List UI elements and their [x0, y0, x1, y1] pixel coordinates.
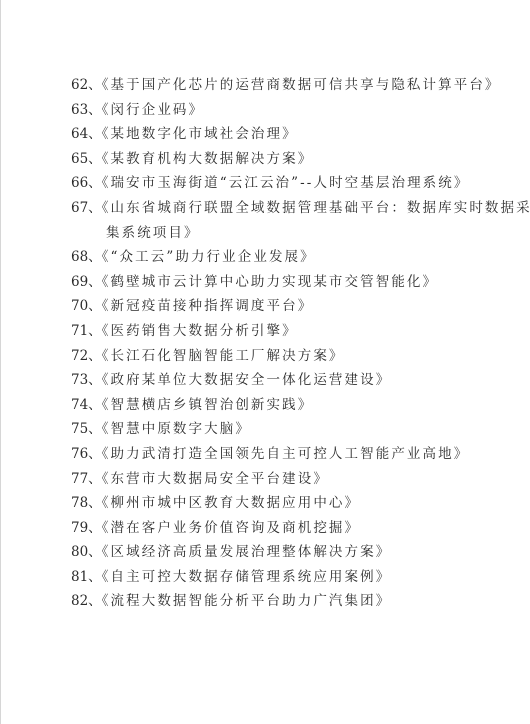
item-title: 《鹤壁城市云计算中心助力实现某市交管智能化》: [102, 274, 438, 290]
item-number: 66、: [71, 175, 102, 191]
item-title: 《“众工云”助力行业企业发展》: [102, 249, 316, 265]
item-number: 64、: [71, 126, 102, 142]
item-title: 《潜在客户业务价值咨询及商机挖掘》: [102, 520, 360, 536]
item-number: 62、: [71, 77, 102, 93]
list-item: 77、《东营市大数据局安全平台建设》: [71, 467, 471, 492]
item-number: 75、: [71, 421, 102, 437]
item-number: 73、: [71, 372, 102, 388]
item-number: 72、: [71, 348, 102, 364]
item-title: 《某地数字化市域社会治理》: [102, 126, 298, 142]
item-number: 74、: [71, 397, 102, 413]
list-item: 67、《山东省城商行联盟全域数据管理基础平台：数据库实时数据采集系统项目》: [71, 196, 471, 245]
list-item: 70、《新冠疫苗接种指挥调度平台》: [71, 294, 471, 319]
list-item: 65、《某教育机构大数据解决方案》: [71, 147, 471, 172]
list-item: 76、《助力武清打造全国领先自主可控人工智能产业高地》: [71, 442, 471, 467]
list-item: 74、《智慧横店乡镇智治创新实践》: [71, 393, 471, 418]
item-title: 《闵行企业码》: [102, 102, 204, 118]
list-item: 64、《某地数字化市域社会治理》: [71, 122, 471, 147]
item-title-continuation: 集系统项目》: [71, 221, 471, 246]
list-item: 82、《流程大数据智能分析平台助力广汽集团》: [71, 589, 471, 614]
item-number: 79、: [71, 520, 102, 536]
list-item: 79、《潜在客户业务价值咨询及商机挖掘》: [71, 516, 471, 541]
item-title: 《瑞安市玉海街道“云江云治”--人时空基层治理系统》: [102, 175, 470, 191]
list-item: 68、《“众工云”助力行业企业发展》: [71, 245, 471, 270]
list-item: 78、《柳州市城中区教育大数据应用中心》: [71, 491, 471, 516]
item-number: 78、: [71, 495, 102, 511]
item-title: 《政府某单位大数据安全一体化运营建设》: [102, 372, 392, 388]
item-title: 《柳州市城中区教育大数据应用中心》: [102, 495, 360, 511]
item-title: 《东营市大数据局安全平台建设》: [102, 471, 329, 487]
list-item: 81、《自主可控大数据存储管理系统应用案例》: [71, 565, 471, 590]
item-number: 81、: [71, 569, 102, 585]
item-title: 《智慧横店乡镇智治创新实践》: [102, 397, 314, 413]
item-number: 80、: [71, 544, 102, 560]
item-number: 67、: [71, 200, 102, 216]
item-title: 《智慧中原数字大脑》: [102, 421, 251, 437]
list-item: 66、《瑞安市玉海街道“云江云治”--人时空基层治理系统》: [71, 171, 471, 196]
item-number: 68、: [71, 249, 102, 265]
list-item: 75、《智慧中原数字大脑》: [71, 417, 471, 442]
item-title: 《某教育机构大数据解决方案》: [102, 151, 314, 167]
list-item: 80、《区域经济高质量发展治理整体解决方案》: [71, 540, 471, 565]
document-page: 62、《基于国产化芯片的运营商数据可信共享与隐私计算平台》 63、《闵行企业码》…: [0, 0, 530, 724]
item-number: 71、: [71, 323, 102, 339]
item-title: 《区域经济高质量发展治理整体解决方案》: [102, 544, 392, 560]
item-title: 《长江石化智脑智能工厂解决方案》: [102, 348, 345, 364]
item-title: 《新冠疫苗接种指挥调度平台》: [102, 298, 314, 314]
item-number: 63、: [71, 102, 102, 118]
item-title: 《山东省城商行联盟全域数据管理基础平台：数据库实时数据采: [102, 200, 530, 216]
list-item: 62、《基于国产化芯片的运营商数据可信共享与隐私计算平台》: [71, 73, 471, 98]
item-title: 《流程大数据智能分析平台助力广汽集团》: [102, 593, 392, 609]
list-item: 63、《闵行企业码》: [71, 98, 471, 123]
case-list: 62、《基于国产化芯片的运营商数据可信共享与隐私计算平台》 63、《闵行企业码》…: [71, 73, 471, 614]
item-number: 69、: [71, 274, 102, 290]
item-number: 82、: [71, 593, 102, 609]
list-item: 72、《长江石化智脑智能工厂解决方案》: [71, 344, 471, 369]
item-title: 《自主可控大数据存储管理系统应用案例》: [102, 569, 392, 585]
item-number: 70、: [71, 298, 102, 314]
item-title: 《医药销售大数据分析引擎》: [102, 323, 298, 339]
item-title: 《基于国产化芯片的运营商数据可信共享与隐私计算平台》: [102, 77, 501, 93]
list-item: 71、《医药销售大数据分析引擎》: [71, 319, 471, 344]
item-title: 《助力武清打造全国领先自主可控人工智能产业高地》: [102, 446, 470, 462]
item-number: 77、: [71, 471, 102, 487]
item-number: 65、: [71, 151, 102, 167]
list-item: 69、《鹤壁城市云计算中心助力实现某市交管智能化》: [71, 270, 471, 295]
item-number: 76、: [71, 446, 102, 462]
list-item: 73、《政府某单位大数据安全一体化运营建设》: [71, 368, 471, 393]
